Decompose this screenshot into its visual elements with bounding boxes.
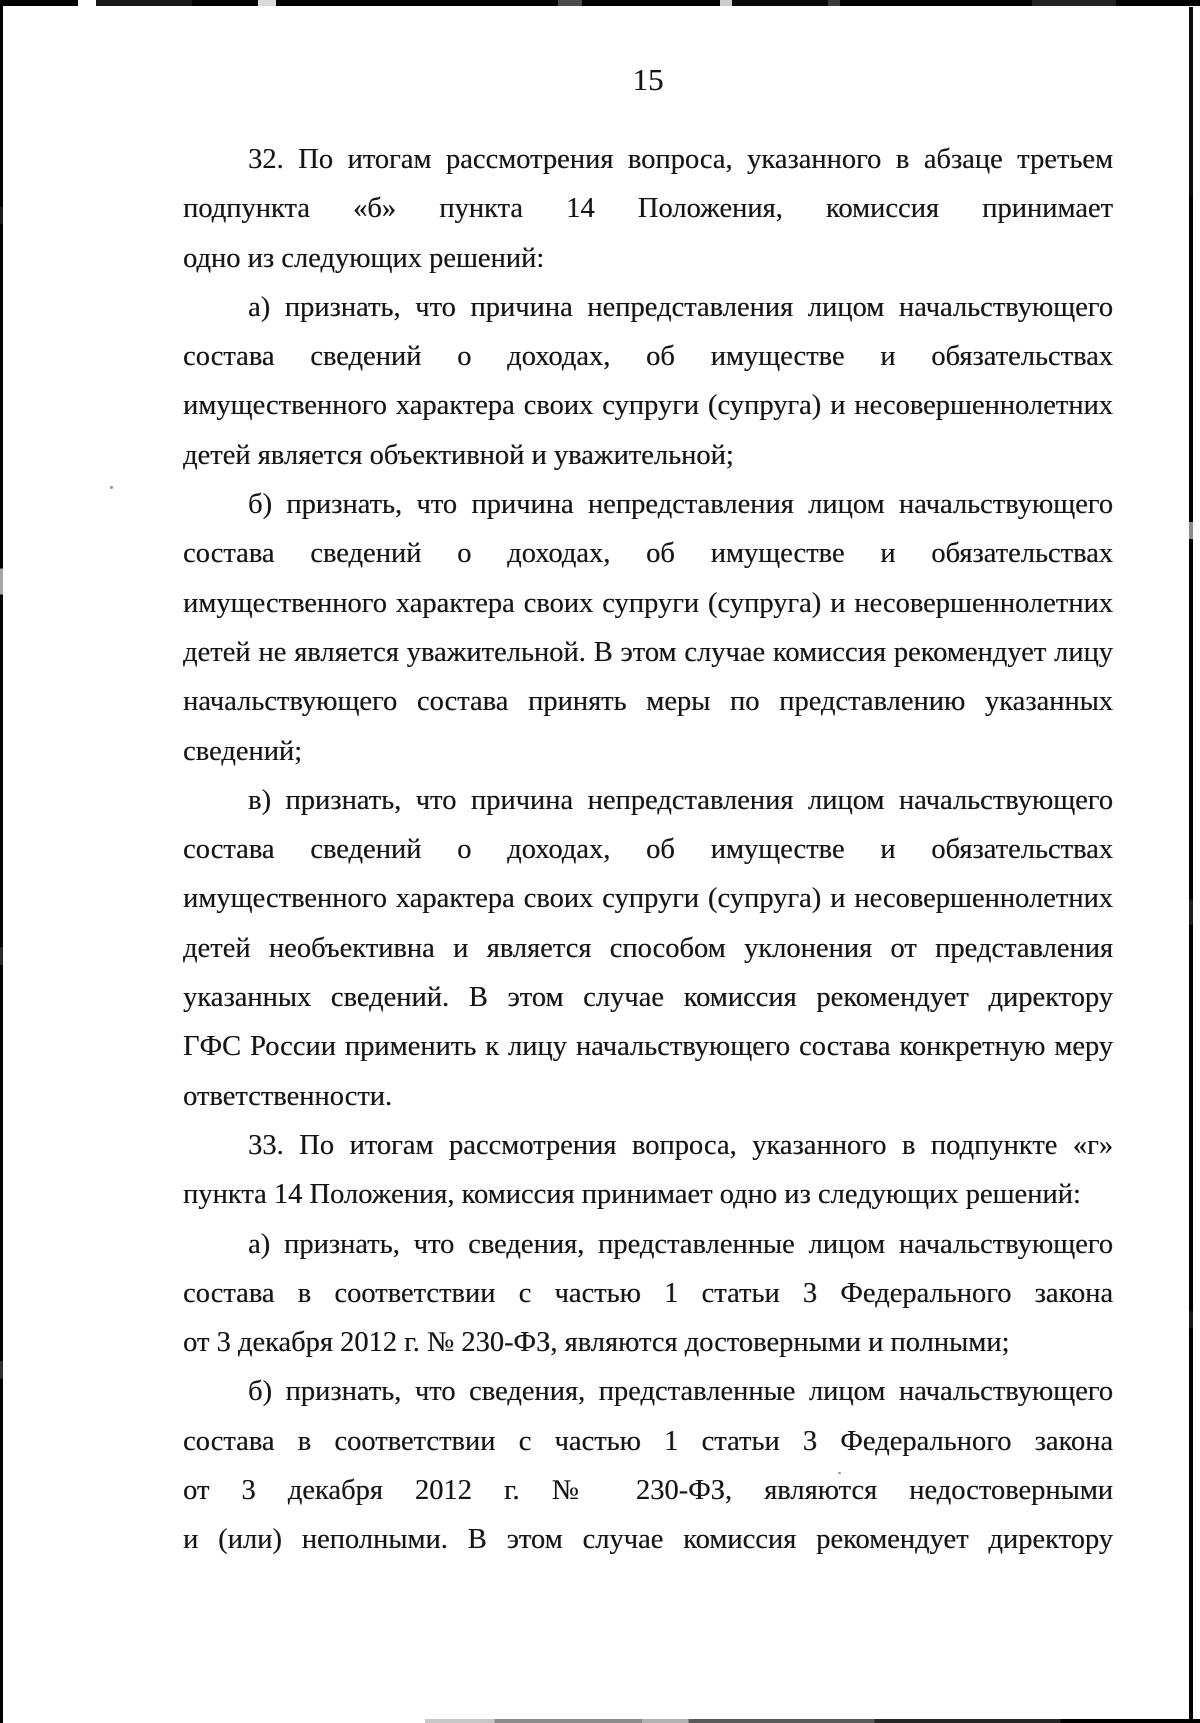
text-line: состава сведений о доходах, об имуществе… xyxy=(183,825,1113,874)
text-line: а) признать, что причина непредставления… xyxy=(183,283,1113,332)
text-line: и (или) неполными. В этом случае комисси… xyxy=(183,1515,1113,1564)
text-line: от 3 декабря 2012 г. № 230-ФЗ, являются … xyxy=(183,1318,1113,1367)
text-line: б) признать, что причина непредставления… xyxy=(183,480,1113,529)
scan-speck xyxy=(110,486,113,489)
text-line: имущественного характера своих супруги (… xyxy=(183,874,1113,923)
scan-edge-top xyxy=(0,0,1200,6)
text-line: ответственности. xyxy=(183,1072,1113,1121)
page-number: 15 xyxy=(183,60,1113,100)
text-line: одно из следующих решений: xyxy=(183,234,1113,283)
text-line: состава в соответствии с частью 1 статьи… xyxy=(183,1269,1113,1318)
text-line: имущественного характера своих супруги (… xyxy=(183,381,1113,430)
text-line: состава сведений о доходах, об имуществе… xyxy=(183,529,1113,578)
text-line: ГФС России применить к лицу начальствующ… xyxy=(183,1022,1113,1071)
text-line: от 3 декабря 2012 г. № 230-ФЗ, являются … xyxy=(183,1466,1113,1515)
text-line: состава сведений о доходах, об имуществе… xyxy=(183,332,1113,381)
scan-edge-left xyxy=(0,0,3,1723)
text-line: состава в соответствии с частью 1 статьи… xyxy=(183,1417,1113,1466)
text-line: б) признать, что сведения, представленны… xyxy=(183,1367,1113,1416)
text-line: пункта 14 Положения, комиссия принимает … xyxy=(183,1170,1113,1219)
text-line: указанных сведений. В этом случае комисс… xyxy=(183,973,1113,1022)
document-page: 15 32. По итогам рассмотрения вопроса, у… xyxy=(0,0,1200,1723)
text-line: сведений; xyxy=(183,727,1113,776)
scan-smudge-bottom xyxy=(425,1719,1200,1723)
text-line: а) признать, что сведения, представленны… xyxy=(183,1220,1113,1269)
text-line: детей не является уважительной. В этом с… xyxy=(183,628,1113,677)
text-line: детей является объективной и уважительно… xyxy=(183,431,1113,480)
text-line: в) признать, что причина непредставления… xyxy=(183,776,1113,825)
text-line: детей необъективна и является способом у… xyxy=(183,924,1113,973)
document-body: 32. По итогам рассмотрения вопроса, указ… xyxy=(183,135,1113,1565)
text-line: имущественного характера своих супруги (… xyxy=(183,579,1113,628)
text-line: подпункта «б» пункта 14 Положения, комис… xyxy=(183,184,1113,233)
text-line: 33. По итогам рассмотрения вопроса, указ… xyxy=(183,1121,1113,1170)
scan-edge-right xyxy=(1189,7,1193,1723)
text-line: 32. По итогам рассмотрения вопроса, указ… xyxy=(183,135,1113,184)
text-line: начальствующего состава принять меры по … xyxy=(183,677,1113,726)
